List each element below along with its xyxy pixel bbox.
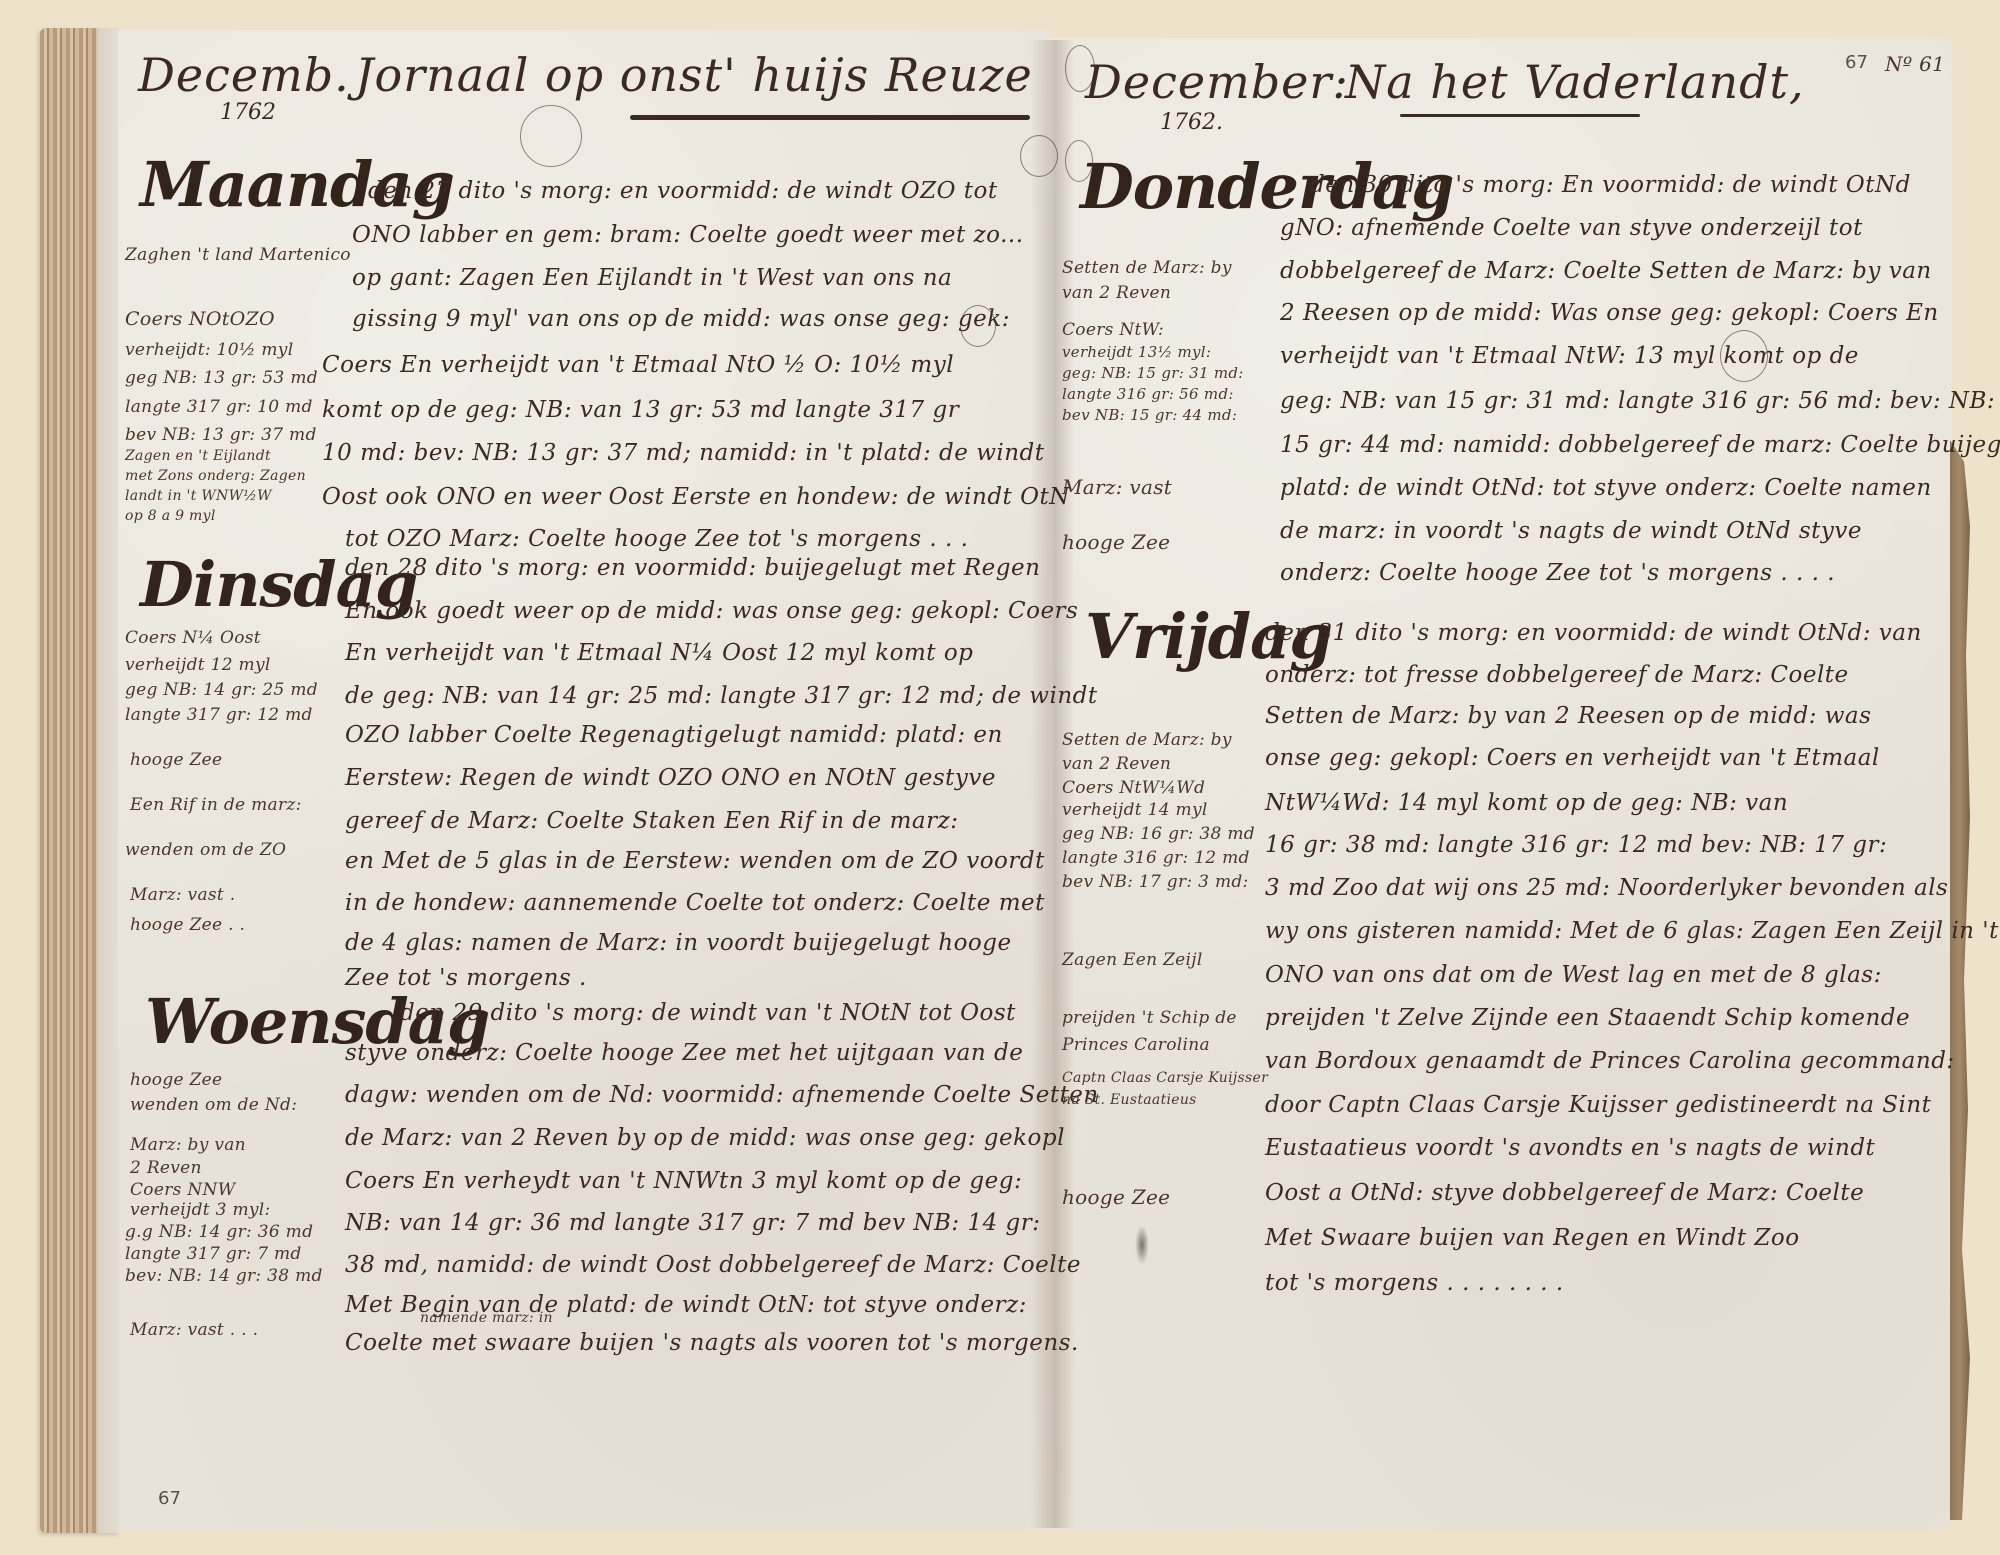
journal-line: den 30 dito 's morg: En voormidd: de win… — [1310, 172, 1911, 198]
margin-note: hooge Zee — [130, 750, 222, 770]
right-header-title: Na het Vaderlandt, — [1345, 55, 1805, 109]
journal-line: 38 md, namidd: de windt Oost dobbelgeree… — [345, 1252, 1081, 1278]
journal-line: OZO labber Coelte Regenagtigelugt namidd… — [345, 722, 1003, 748]
journal-line: op gant: Zagen Een Eijlandt in 't West v… — [352, 265, 952, 291]
journal-line: van Bordoux genaamdt de Princes Carolina… — [1265, 1048, 1955, 1074]
journal-line: de geg: NB: van 14 gr: 25 md: langte 317… — [345, 683, 1098, 709]
journal-line: En verheijdt van 't Etmaal N¼ Oost 12 my… — [345, 640, 973, 666]
journal-line: Oost ook ONO en weer Oost Eerste en hond… — [322, 484, 1070, 510]
margin-note: Coers NOtOZO — [125, 308, 275, 330]
margin-note: Princes Carolina — [1062, 1035, 1210, 1055]
journal-line: 3 md Zoo dat wij ons 25 md: Noorderlyker… — [1265, 875, 1948, 901]
margin-note: preijden 't Schip de — [1062, 1008, 1237, 1028]
margin-note: na St. Eustaatieus — [1062, 1092, 1197, 1108]
journal-line: onderz: Coelte hooge Zee tot 's morgens … — [1280, 560, 1835, 586]
flourish — [520, 105, 582, 167]
left-header-title: Jornaal op onst' huijs Reuze — [355, 48, 1033, 102]
margin-note: Een Rif in de marz: — [130, 795, 302, 815]
journal-line: Oost a OtNd: styve dobbelgereef de Marz:… — [1265, 1180, 1864, 1206]
journal-line: styve onderz: Coelte hooge Zee met het u… — [345, 1040, 1023, 1066]
margin-note: landt in 't WNW½W — [125, 488, 272, 504]
margin-note: langte 317 gr: 10 md — [125, 397, 313, 417]
journal-line: Coers En verheydt van 't NNWtn 3 myl kom… — [345, 1168, 1022, 1194]
margin-note: Zagen Een Zeijl — [1062, 950, 1203, 970]
journal-line: den 29 dito 's morg: de windt van 't NOt… — [400, 1000, 1016, 1026]
margin-note: langte 317 gr: 7 md — [125, 1244, 302, 1264]
journal-line: Setten de Marz: by van 2 Reesen op de mi… — [1265, 703, 1871, 729]
journal-line: tot 's morgens . . . . . . . . — [1265, 1270, 1564, 1296]
margin-note: verheijdt 12 myl — [125, 655, 271, 675]
margin-note: hooge Zee — [1062, 530, 1170, 554]
margin-note: van 2 Reven — [1062, 283, 1171, 303]
header-underline — [1400, 114, 1640, 117]
margin-note: bev NB: 13 gr: 37 md — [125, 425, 317, 445]
journal-line: 16 gr: 38 md: langte 316 gr: 12 md bev: … — [1265, 832, 1887, 858]
journal-line: geg: NB: van 15 gr: 31 md: langte 316 gr… — [1280, 388, 1995, 414]
margin-note: 2 Reven — [130, 1158, 202, 1178]
margin-note: wenden om de Nd: — [130, 1095, 297, 1115]
margin-note: g.g NB: 14 gr: 36 md — [125, 1222, 313, 1242]
journal-line: den 27 dito 's morg: en voormidd: de win… — [368, 178, 998, 204]
journal-line: En ook goedt weer op de midd: was onse g… — [345, 598, 1078, 624]
journal-line: ONO van ons dat om de West lag en met de… — [1265, 962, 1882, 988]
margin-note: Coers N¼ Oost — [125, 628, 261, 648]
journal-line: Eerstew: Regen de windt OZO ONO en NOtN … — [345, 765, 996, 791]
margin-note: Marz: vast . — [130, 885, 235, 905]
journal-line: door Captn Claas Carsje Kuijsser gedisti… — [1265, 1092, 1931, 1118]
margin-note: geg NB: 14 gr: 25 md — [125, 680, 318, 700]
margin-note: bev: NB: 14 gr: 38 md — [125, 1266, 323, 1286]
journal-line: NtW¼Wd: 14 myl komt op de geg: NB: van — [1265, 790, 1788, 816]
right-header-year: 1762. — [1160, 110, 1223, 135]
journal-line: in de hondew: aannemende Coelte tot onde… — [345, 890, 1045, 916]
journal-line: onderz: tot fresse dobbelgereef de Marz:… — [1265, 662, 1849, 688]
margin-note: Setten de Marz: by — [1062, 730, 1232, 750]
journal-line: de 4 glas: namen de Marz: in voordt buij… — [345, 930, 1012, 956]
margin-note: van 2 Reven — [1062, 754, 1171, 774]
journal-line: 15 gr: 44 md: namidd: dobbelgereef de ma… — [1280, 432, 2000, 458]
journal-line: ONO labber en gem: bram: Coelte goedt we… — [352, 222, 1024, 248]
page-stack-edge — [40, 28, 120, 1533]
margin-note: geg NB: 13 gr: 53 md — [125, 368, 318, 388]
journal-line: komt op de geg: NB: van 13 gr: 53 md lan… — [322, 397, 959, 423]
margin-note: Zaghen 't land Martenico — [125, 245, 351, 265]
interlinear-note: namende marz: in — [420, 1310, 553, 1326]
margin-note: Marz: vast — [1062, 475, 1172, 499]
ink-blot — [1135, 1225, 1149, 1265]
margin-note: langte 316 gr: 56 md: — [1062, 385, 1234, 403]
journal-line: gissing 9 myl' van ons op de midd: was o… — [352, 306, 1010, 332]
journal-line: 2 Reesen op de midd: Was onse geg: gekop… — [1280, 300, 1939, 326]
journal-line: Eustaatieus voordt 's avondts en 's nagt… — [1265, 1135, 1875, 1161]
journal-line: de Marz: van 2 Reven by op de midd: was … — [345, 1125, 1065, 1151]
margin-note: bev NB: 15 gr: 44 md: — [1062, 406, 1237, 424]
journal-line: den 31 dito 's morg: en voormidd: de win… — [1265, 620, 1922, 646]
header-underline — [630, 115, 1030, 120]
journal-line: Coers En verheijdt van 't Etmaal NtO ½ O… — [322, 352, 954, 378]
journal-line: den 28 dito 's morg: en voormidd: buijeg… — [345, 555, 1040, 581]
margin-note: Captn Claas Carsje Kuijsser — [1062, 1070, 1268, 1086]
left-folio-number: 67 — [158, 1488, 181, 1509]
margin-note: geg NB: 16 gr: 38 md — [1062, 824, 1255, 844]
margin-note: Coers NtW¼Wd — [1062, 778, 1205, 798]
margin-note: Coers NtW: — [1062, 320, 1164, 340]
journal-line: Met Swaare buijen van Regen en Windt Zoo — [1265, 1225, 1800, 1251]
journal-line: NB: van 14 gr: 36 md langte 317 gr: 7 md… — [345, 1210, 1041, 1236]
open-logbook: Decemb. Jornaal op onst' huijs Reuze 176… — [0, 0, 2000, 1555]
margin-note: op 8 a 9 myl — [125, 508, 216, 524]
margin-note: langte 317 gr: 12 md — [125, 705, 313, 725]
page-number-label: Nº 61 — [1885, 52, 1945, 76]
margin-note: verheijdt 3 myl: — [130, 1200, 271, 1220]
right-header-month: December: — [1085, 55, 1349, 109]
margin-note: verheijdt: 10½ myl — [125, 340, 293, 360]
margin-note: verheijdt 13½ myl: — [1062, 343, 1211, 361]
margin-note: Marz: by van — [130, 1135, 246, 1155]
journal-line: verheijdt van 't Etmaal NtW: 13 myl komt… — [1280, 343, 1859, 369]
margin-note: hooge Zee . . — [130, 915, 245, 935]
margin-note: verheijdt 14 myl — [1062, 800, 1208, 820]
margin-note: hooge Zee — [1062, 1185, 1170, 1209]
margin-note: met Zons onderg: Zagen — [125, 468, 306, 484]
journal-line: 10 md: bev: NB: 13 gr: 37 md; namidd: in… — [322, 440, 1045, 466]
journal-line: Coelte met swaare buijen 's nagts als vo… — [345, 1330, 1079, 1356]
journal-line: gereef de Marz: Coelte Staken Een Rif in… — [345, 808, 958, 834]
journal-line: tot OZO Marz: Coelte hooge Zee tot 's mo… — [345, 526, 968, 552]
journal-line: wy ons gisteren namidd: Met de 6 glas: Z… — [1265, 918, 1999, 944]
journal-line: gNO: afnemende Coelte van styve onderzei… — [1280, 215, 1863, 241]
flourish — [1020, 135, 1058, 177]
margin-note: bev NB: 17 gr: 3 md: — [1062, 872, 1249, 892]
journal-line: en Met de 5 glas in de Eerstew: wenden o… — [345, 848, 1045, 874]
journal-line: de marz: in voordt 's nagts de windt OtN… — [1280, 518, 1862, 544]
journal-line: dobbelgereef de Marz: Coelte Setten de M… — [1280, 258, 1932, 284]
margin-note: Coers NNW — [130, 1180, 235, 1200]
margin-note: Marz: vast . . . — [130, 1320, 258, 1340]
right-folio-number: 67 — [1845, 52, 1868, 73]
margin-note: Setten de Marz: by — [1062, 258, 1232, 278]
margin-note: hooge Zee — [130, 1070, 222, 1090]
margin-note: langte 316 gr: 12 md — [1062, 848, 1250, 868]
right-page-edge — [1950, 440, 1970, 1520]
journal-line: platd: de windt OtNd: tot styve onderz: … — [1280, 475, 1932, 501]
journal-line: dagw: wenden om de Nd: voormidd: afnemen… — [345, 1082, 1099, 1108]
journal-line: preijden 't Zelve Zijnde een Staaendt Sc… — [1265, 1005, 1910, 1031]
margin-note: wenden om de ZO — [125, 840, 286, 860]
left-header-year: 1762 — [220, 100, 276, 125]
margin-note: Zagen en 't Eijlandt — [125, 448, 271, 464]
left-header-month: Decemb. — [138, 48, 350, 102]
journal-line: onse geg: gekopl: Coers en verheijdt van… — [1265, 745, 1880, 771]
margin-note: geg: NB: 15 gr: 31 md: — [1062, 364, 1244, 382]
